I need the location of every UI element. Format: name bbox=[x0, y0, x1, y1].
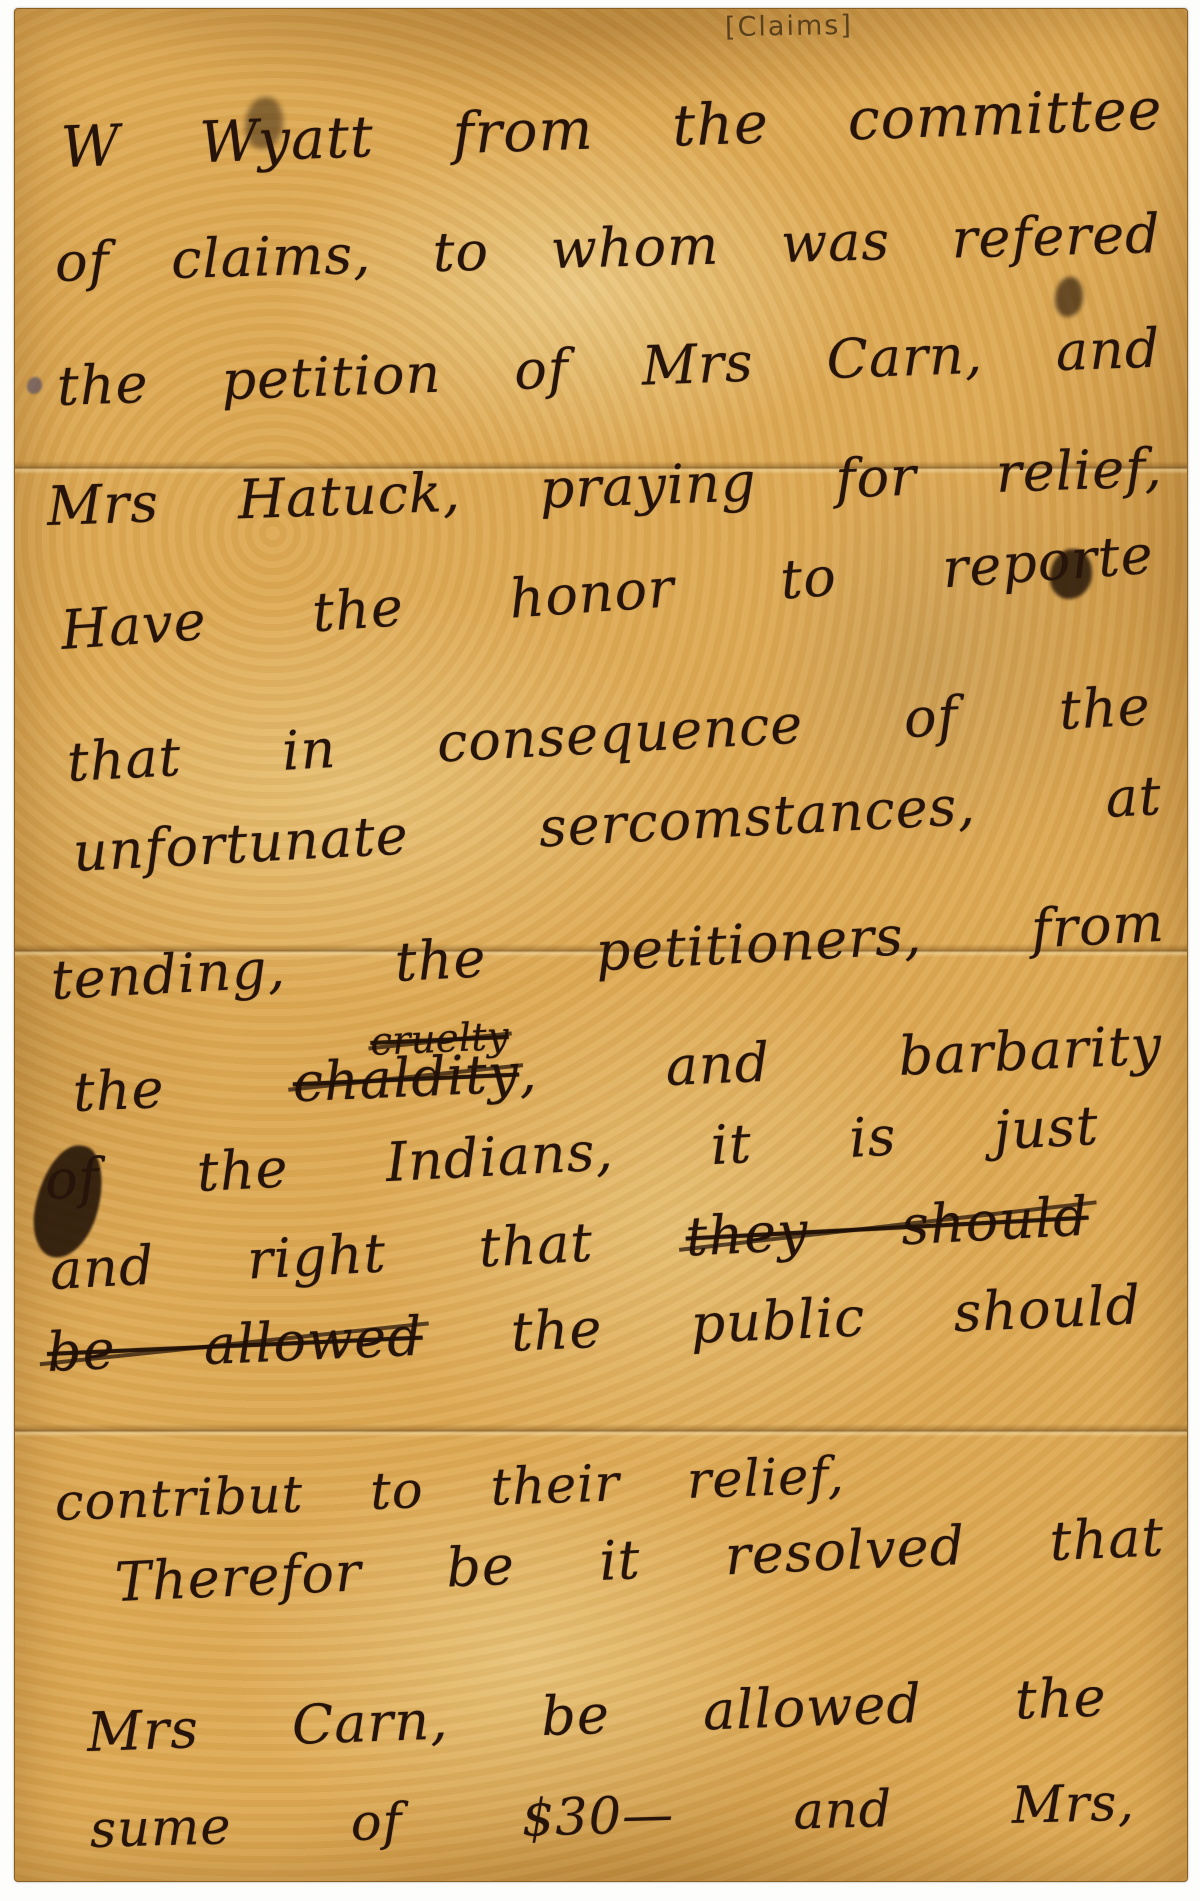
manuscript-line: Have the honor to reporte bbox=[59, 525, 1155, 661]
manuscript-line: W Wyatt from the committee bbox=[60, 79, 1164, 180]
manuscript-text-segment: the bbox=[72, 1051, 295, 1124]
manuscript-line: contribut to their relief, bbox=[54, 1448, 845, 1532]
struck-text: they should bbox=[684, 1185, 1090, 1269]
manuscript-line: Mrs Hatuck, praying for relief, bbox=[46, 438, 1163, 536]
manuscript-line: of claims, to whom was refered bbox=[54, 204, 1161, 292]
manuscript-text-segment: the public should bbox=[421, 1273, 1142, 1367]
inserted-word: cruelty bbox=[369, 1016, 509, 1065]
manuscript-text-segment: and right that bbox=[48, 1206, 687, 1302]
manuscript-text-segment: sume of $30— and Mrs, bbox=[89, 1774, 1135, 1860]
manuscript-text-segment: tending, the petitioners, from bbox=[49, 891, 1166, 1012]
struck-text: chalditycruelty bbox=[291, 1042, 520, 1115]
struck-text: be allowed bbox=[46, 1305, 424, 1384]
manuscript-text-segment: the petition of Mrs Carn, and bbox=[56, 316, 1162, 417]
manuscript-text-segment: contribut to their relief, bbox=[54, 1446, 846, 1533]
manuscript-text-segment: Mrs Carn, be allowed the bbox=[86, 1665, 1108, 1764]
manuscript-text-segment: , and barbarity bbox=[518, 1013, 1164, 1104]
document-scan: [Claims] W Wyatt from the committeeof cl… bbox=[0, 0, 1200, 1901]
manuscript-text-segment: Have the honor to reporte bbox=[59, 523, 1156, 662]
manuscript-line: tending, the petitioners, from bbox=[49, 893, 1166, 1011]
manuscript-text-segment: of claims, to whom was refered bbox=[54, 202, 1161, 294]
manuscript-line: Mrs Carn, be allowed the bbox=[86, 1667, 1107, 1762]
manuscript-text-segment: W Wyatt from the committee bbox=[60, 77, 1164, 181]
manuscript-page: [Claims] W Wyatt from the committeeof cl… bbox=[14, 8, 1188, 1882]
manuscript-text-segment: Mrs Hatuck, praying for relief, bbox=[46, 436, 1164, 538]
manuscript-line: the petition of Mrs Carn, and bbox=[56, 318, 1161, 416]
manuscript-text: W Wyatt from the committeeof claims, to … bbox=[15, 9, 1187, 1881]
manuscript-line: sume of $30— and Mrs, bbox=[89, 1776, 1135, 1859]
